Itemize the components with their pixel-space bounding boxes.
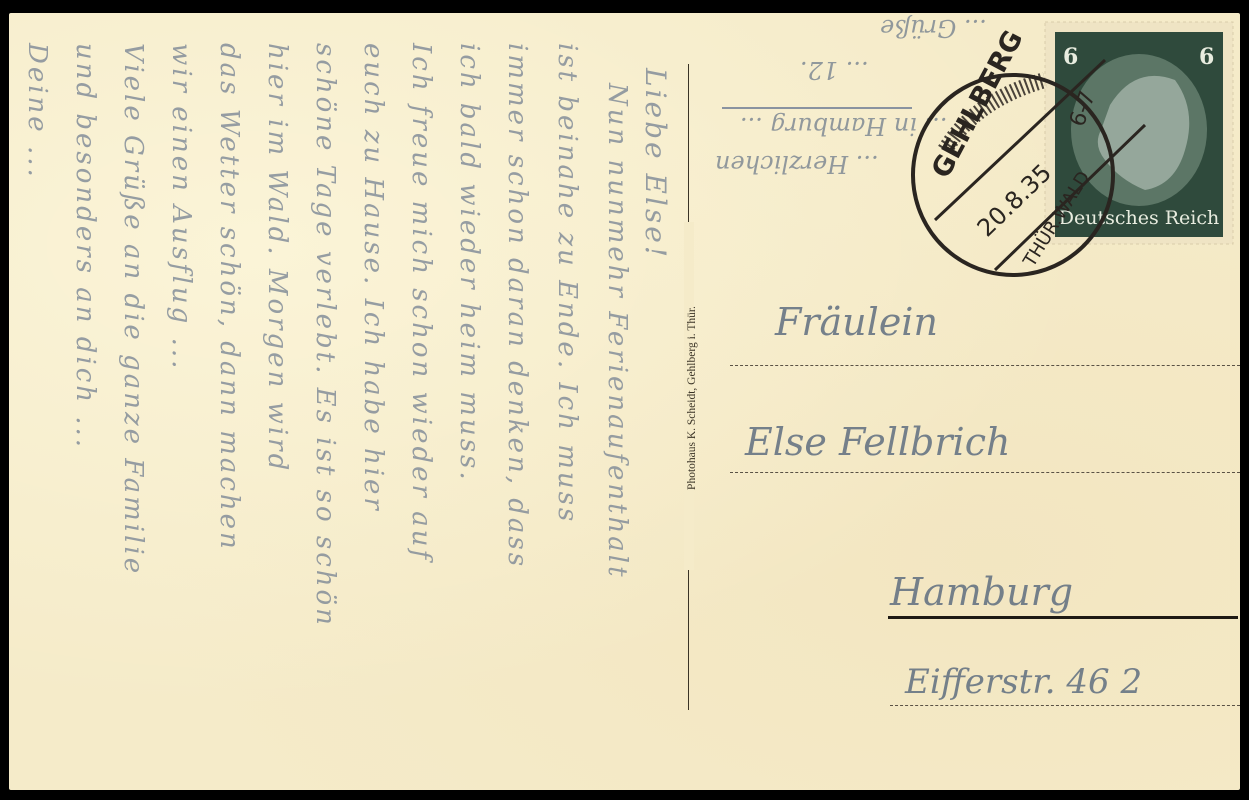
message-line: Viele Grüße an die ganze Familie [118, 43, 148, 576]
address-line-1 [730, 365, 1240, 366]
message-line: schöne Tage verlebt. Es ist so schön [310, 43, 340, 628]
recipient-salutation: Fräulein [775, 300, 938, 344]
address-line-4 [890, 705, 1240, 706]
stamp-and-postmark: 6 6 Deutsches Reich GEHLBERG 20.8.35 6-7… [905, 20, 1235, 290]
address-line-city-underline [888, 616, 1238, 619]
message-line: ich bald wieder heim muss. [454, 43, 484, 483]
stamp-denomination-right: 6 [1199, 44, 1214, 70]
recipient-street: Eifferstr. 46 2 [905, 662, 1142, 702]
address-line-2 [730, 472, 1240, 473]
message-line: hier im Wald. Morgen wird [262, 43, 292, 473]
stamp-denomination-left: 6 [1063, 44, 1078, 70]
handwritten-message: Liebe Else! Nun nunmehr Ferienaufenthalt… [22, 18, 662, 778]
recipient-name: Else Fellbrich [745, 420, 1010, 464]
message-line: das Wetter schön, dann machen [214, 43, 244, 552]
message-line: wir einen Ausflug ... [166, 43, 196, 371]
message-greeting: Liebe Else! [639, 68, 672, 260]
upside-down-note-line: ... Herzlichen [715, 150, 879, 178]
publisher-imprint: Photohaus K. Scheidt, Gehlberg i. Thür. [686, 226, 698, 570]
stamp-country: Deutsches Reich [1059, 207, 1220, 229]
message-line: und besonders an dich ... [70, 43, 100, 450]
message-line: ist beinahe zu Ende. Ich muss [552, 43, 582, 524]
message-line: Ich freue mich schon wieder auf [406, 43, 436, 562]
upside-down-rule [722, 107, 912, 109]
message-line: Nun nunmehr Ferienaufenthalt [602, 83, 632, 580]
message-line: immer schon daran denken, dass [502, 43, 532, 569]
message-line: euch zu Hause. Ich habe hier [358, 43, 388, 513]
message-line: Deine ... [22, 43, 52, 180]
upside-down-note-line: ... 12. [800, 56, 869, 84]
recipient-city: Hamburg [890, 570, 1073, 614]
